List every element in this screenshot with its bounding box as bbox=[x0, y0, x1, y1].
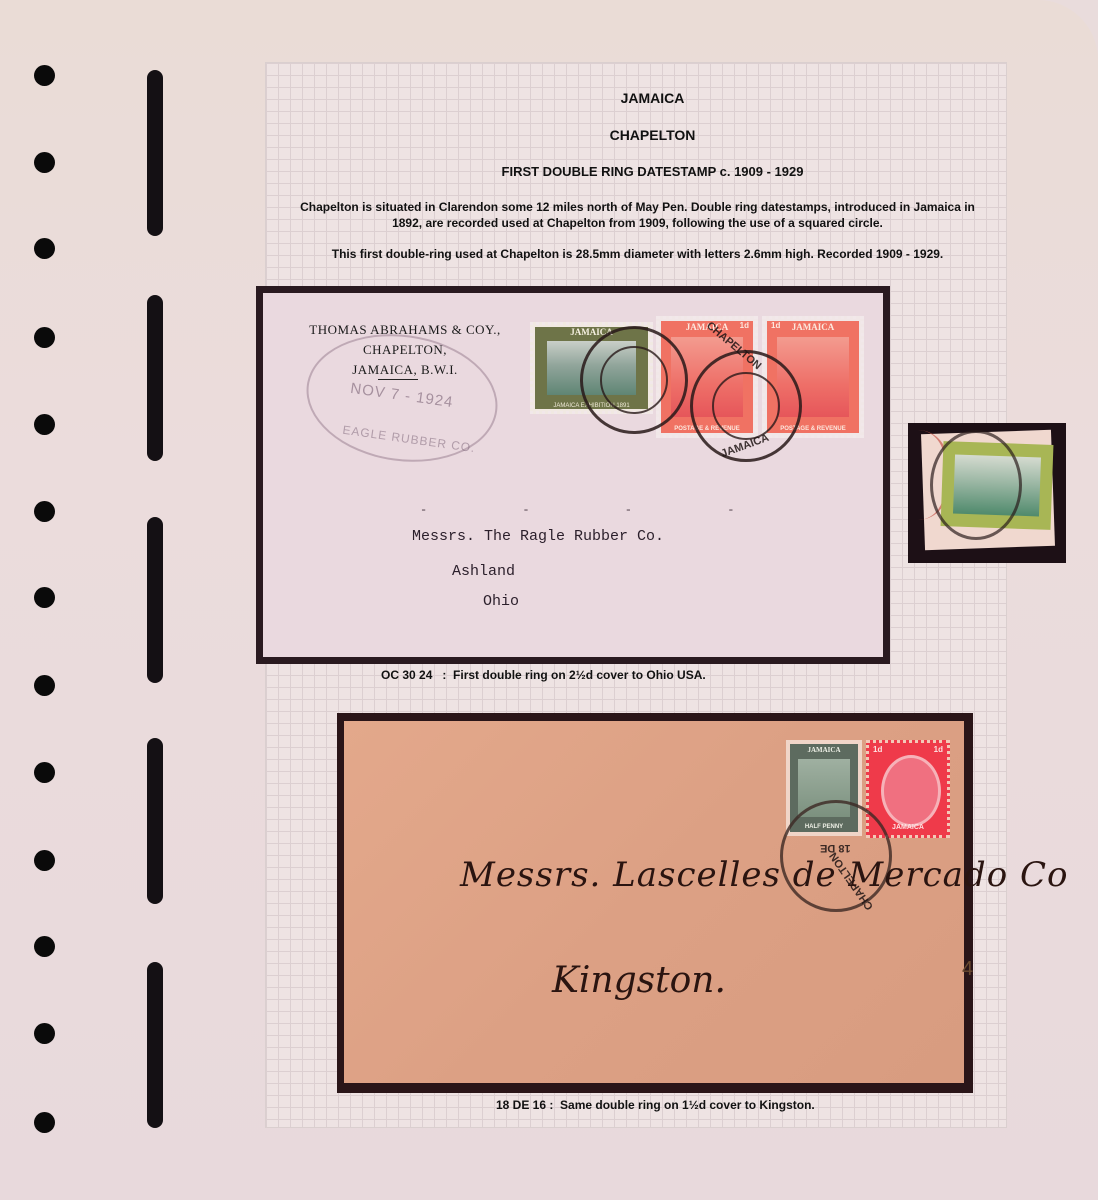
handwritten-address-line: Kingston. bbox=[552, 960, 726, 1001]
binder-slot bbox=[147, 70, 163, 236]
section-title: FIRST DOUBLE RING DATESTAMP c. 1909 - 19… bbox=[265, 164, 1040, 179]
binder-hole bbox=[34, 327, 55, 348]
binder-hole bbox=[34, 152, 55, 173]
stamp-portrait-oval bbox=[881, 755, 941, 827]
handwritten-address-line: Messrs. Lascelles de Mercado Co bbox=[460, 855, 1068, 895]
binder-hole bbox=[34, 501, 55, 522]
page-subheading: CHAPELTON bbox=[265, 127, 1040, 143]
binder-hole bbox=[34, 762, 55, 783]
cover1-caption: OC 30 24 : First double ring on 2½d cove… bbox=[381, 668, 706, 682]
binder-hole bbox=[34, 850, 55, 871]
address-line: Messrs. The Ragle Rubber Co. bbox=[412, 528, 664, 545]
binder-slot bbox=[147, 517, 163, 683]
postmark-inner-ring bbox=[600, 346, 668, 414]
address-dashes: - - - - bbox=[420, 503, 778, 517]
fragment-postmark bbox=[930, 430, 1022, 540]
detail-paragraph: This first double-ring used at Chapelton… bbox=[290, 246, 985, 262]
binder-hole bbox=[34, 675, 55, 696]
binder-hole bbox=[34, 238, 55, 259]
binder-hole bbox=[34, 1112, 55, 1133]
page-heading: JAMAICA bbox=[265, 90, 1040, 106]
address-line: Ohio bbox=[483, 593, 519, 610]
intro-paragraph: Chapelton is situated in Clarendon some … bbox=[290, 199, 985, 231]
binder-slot bbox=[147, 295, 163, 461]
album-page: JAMAICA CHAPELTON FIRST DOUBLE RING DATE… bbox=[0, 0, 1098, 1200]
postmark-inner-ring bbox=[712, 372, 780, 440]
binder-hole bbox=[34, 414, 55, 435]
cover2-caption: 18 DE 16 : Same double ring on 1½d cover… bbox=[496, 1098, 815, 1112]
binder-hole bbox=[34, 65, 55, 86]
binder-slot bbox=[147, 738, 163, 904]
binder-hole bbox=[34, 936, 55, 957]
binder-slot bbox=[147, 962, 163, 1128]
binder-hole bbox=[34, 1023, 55, 1044]
pencil-note: 4 bbox=[962, 958, 973, 981]
address-line: Ashland bbox=[452, 563, 515, 580]
binder-hole bbox=[34, 587, 55, 608]
